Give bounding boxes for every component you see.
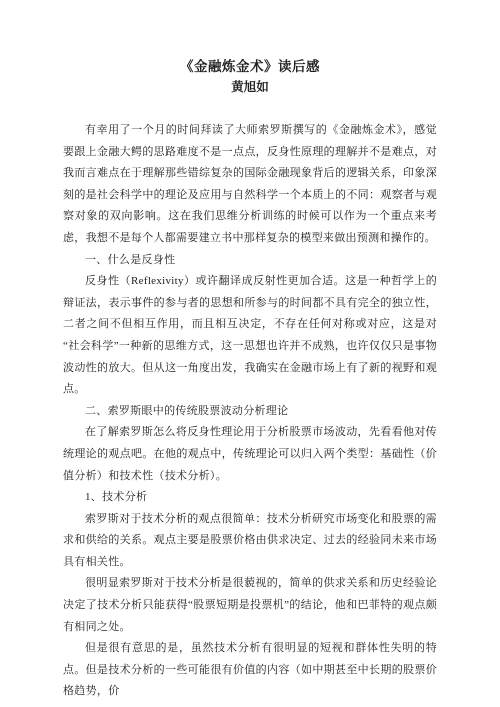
document-title: 《金融炼金术》读后感 [63,56,437,77]
section-heading: 二、索罗斯眼中的传统股票波动分析理论 [63,401,437,423]
paragraph: 很明显索罗斯对于技术分析是很藐视的，简单的供求关系和历史经验论决定了技术分析只能… [63,573,437,638]
paragraph: 有幸用了一个月的时间拜读了大师索罗斯撰写的《金融炼金术》，感觉要跟上金融大鳄的思… [63,120,437,250]
section-heading: 一、什么是反身性 [63,250,437,272]
paragraph: 索罗斯对于技术分析的观点很简单：技术分析研究市场变化和股票的需求和供给的关系。观… [63,509,437,574]
paragraph: 在了解索罗斯怎么将反身性理论用于分析股票市场波动，先看看他对传统理论的观点吧。在… [63,422,437,487]
section-heading: 1、技术分析 [63,487,437,509]
paragraph: 但是很有意思的是，虽然技术分析有很明显的短视和群体性失明的特点。但是技术分析的一… [63,638,437,703]
document-page: 《金融炼金术》读后感 黄旭如 有幸用了一个月的时间拜读了大师索罗斯撰写的《金融炼… [0,0,500,707]
document-body: 有幸用了一个月的时间拜读了大师索罗斯撰写的《金融炼金术》，感觉要跟上金融大鳄的思… [63,120,437,703]
document-author: 黄旭如 [63,77,437,98]
paragraph: 反身性（Reflexivity）或许翻译成反射性更加合适。这是一种哲学上的辩证法… [63,271,437,401]
